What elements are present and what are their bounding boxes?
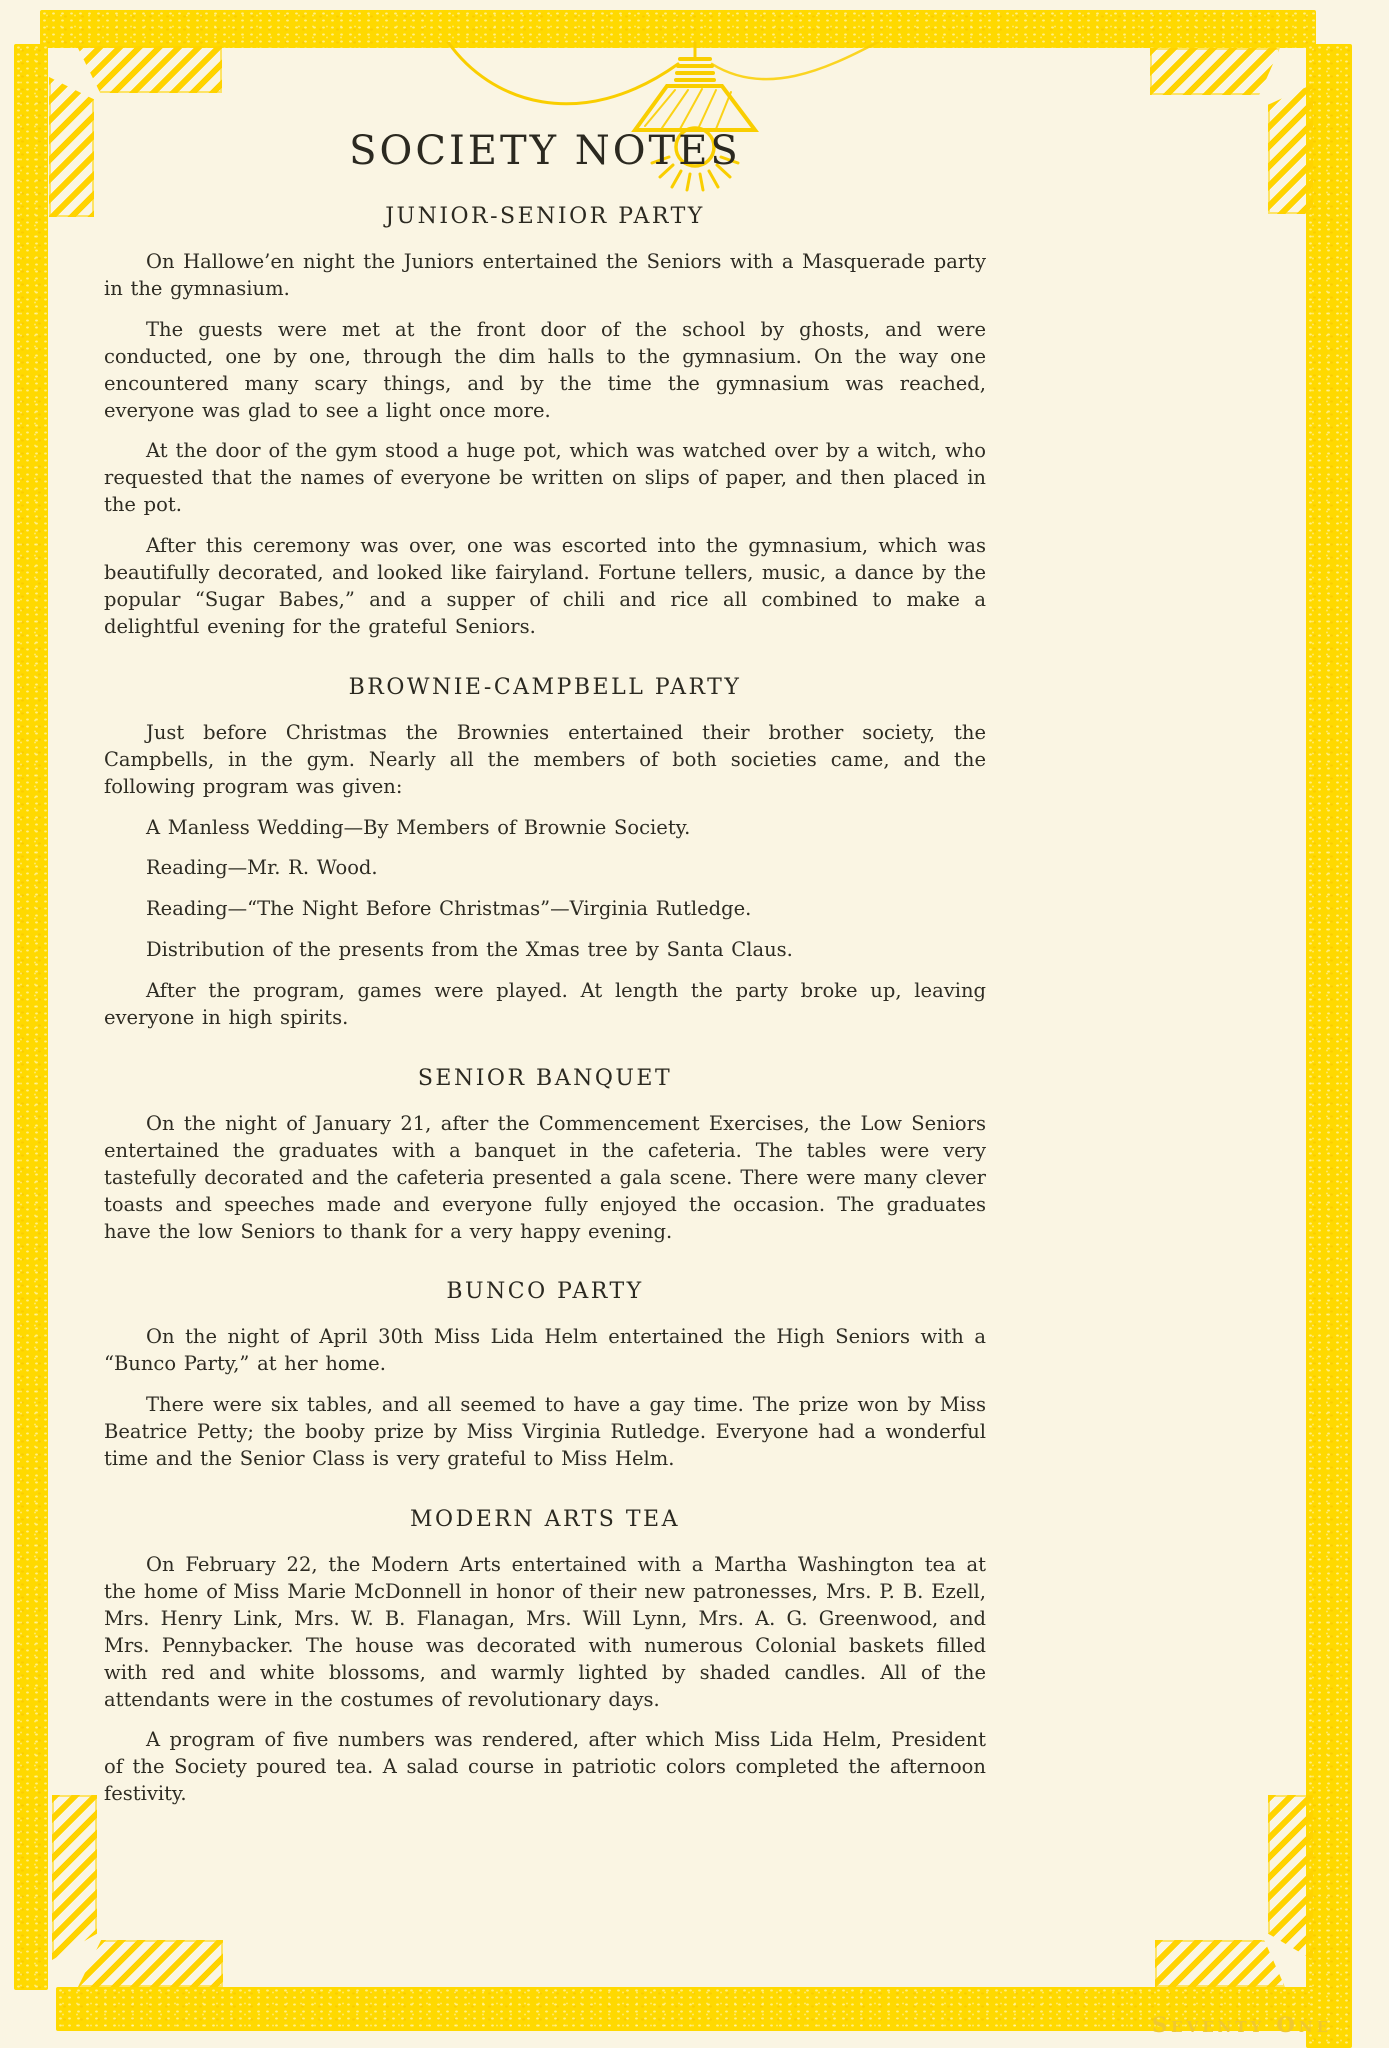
section-senior-banquet: SENIOR BANQUET On the night of January 2… <box>104 1066 986 1246</box>
corner-ornament-bottom-right <box>1268 1795 1313 1960</box>
paragraph: Just before Christmas the Brownies enter… <box>104 720 986 801</box>
corner-ornament-top-left <box>77 46 222 93</box>
paragraph: After this ceremony was over, one was es… <box>104 533 986 641</box>
program-item: Reading—Mr. R. Wood. <box>104 855 986 882</box>
paragraph: On the night of January 21, after the Co… <box>104 1111 986 1246</box>
corner-ornament-bottom-left <box>78 1940 223 1987</box>
corner-ornament-bottom-left <box>52 1795 97 1960</box>
program-item: Reading—“The Night Before Christmas”—Vir… <box>104 896 986 923</box>
section-bunco-party: BUNCO PARTY On the night of April 30th M… <box>104 1279 986 1473</box>
border-band-bottom <box>56 1987 1316 2031</box>
paragraph: A program of five numbers was rendered, … <box>104 1727 986 1808</box>
yearbook-page: SOCIETY NOTES JUNIOR-SENIOR PARTY On Hal… <box>0 0 1389 2048</box>
section-heading: BROWNIE-CAMPBELL PARTY <box>104 675 986 700</box>
paragraph: At the door of the gym stood a huge pot,… <box>104 438 986 519</box>
corner-ornament-bottom-right <box>1155 1940 1285 1987</box>
corner-ornament-top-right <box>1268 84 1313 214</box>
program-item: Distribution of the presents from the Xm… <box>104 937 986 964</box>
section-heading: MODERN ARTS TEA <box>104 1507 986 1532</box>
corner-ornament-top-right <box>1150 48 1280 95</box>
section-heading: JUNIOR-SENIOR PARTY <box>104 204 986 229</box>
page-content: SOCIETY NOTES JUNIOR-SENIOR PARTY On Hal… <box>104 128 986 1822</box>
section-brownie-campbell-party: BROWNIE-CAMPBELL PARTY Just before Chris… <box>104 675 986 1032</box>
paragraph: On Hallowe’en night the Juniors entertai… <box>104 249 986 303</box>
page-title: SOCIETY NOTES <box>104 128 986 174</box>
section-junior-senior-party: JUNIOR-SENIOR PARTY On Hallowe’en night … <box>104 204 986 641</box>
paragraph: There were six tables, and all seemed to… <box>104 1392 986 1473</box>
border-band-left <box>14 44 48 1990</box>
border-band-right <box>1306 44 1352 2048</box>
section-heading: BUNCO PARTY <box>104 1279 986 1304</box>
program-item: A Manless Wedding—By Members of Brownie … <box>104 815 986 842</box>
page-number: Seventy One <box>1152 2012 1332 2037</box>
section-modern-arts-tea: MODERN ARTS TEA On February 22, the Mode… <box>104 1507 986 1808</box>
corner-ornament-top-left <box>49 77 94 217</box>
paragraph: The guests were met at the front door of… <box>104 317 986 425</box>
paragraph: After the program, games were played. At… <box>104 978 986 1032</box>
paragraph: On the night of April 30th Miss Lida Hel… <box>104 1324 986 1378</box>
section-heading: SENIOR BANQUET <box>104 1066 986 1091</box>
paragraph: On February 22, the Modern Arts entertai… <box>104 1552 986 1713</box>
